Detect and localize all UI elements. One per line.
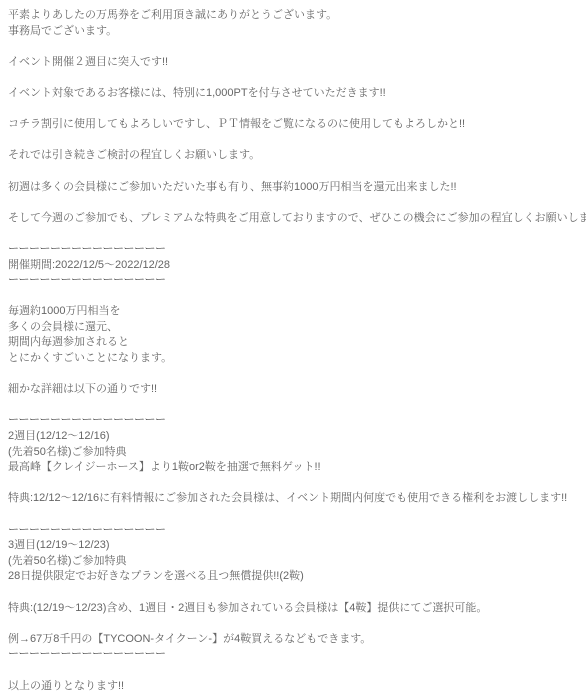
blank-line: [8, 70, 582, 86]
text-line: 以上の通りとなります!!: [8, 679, 582, 695]
divider-line: ーーーーーーーーーーーーーーー: [8, 413, 582, 429]
text-line: イベント対象であるお客様には、特別に1,000PTを付与させていただきます!!: [8, 86, 582, 102]
divider-line: ーーーーーーーーーーーーーーー: [8, 523, 582, 539]
blank-line: [8, 367, 582, 383]
text-line: 毎週約1000万円相当を: [8, 304, 582, 320]
text-line: (先着50名様)ご参加特典: [8, 554, 582, 570]
text-line: そして今週のご参加でも、プレミアムな特典をご用意しておりますので、ぜひこの機会に…: [8, 211, 582, 227]
divider-line: ーーーーーーーーーーーーーーー: [8, 647, 582, 663]
text-line: 3週目(12/19〜12/23): [8, 538, 582, 554]
blank-line: [8, 102, 582, 118]
blank-line: [8, 226, 582, 242]
text-line: コチラ割引に使用してもよろしいですし、ＰＴ情報をご覧になるのに使用してもよろしか…: [8, 117, 582, 133]
blank-line: [8, 476, 582, 492]
blank-line: [8, 507, 582, 523]
text-line: 例→67万8千円の【TYCOON-タイクーン-】が4鞍買えるなどもできます。: [8, 632, 582, 648]
blank-line: [8, 616, 582, 632]
blank-line: [8, 585, 582, 601]
text-line: それでは引き続きご検討の程宜しくお願いします。: [8, 148, 582, 164]
text-line: 細かな詳細は以下の通りです!!: [8, 382, 582, 398]
divider-line: ーーーーーーーーーーーーーーー: [8, 273, 582, 289]
text-line: イベント開催２週目に突入です!!: [8, 55, 582, 71]
text-line: 特典:(12/19〜12/23)含め、1週目・2週目も参加されている会員様は【4…: [8, 601, 582, 617]
blank-line: [8, 195, 582, 211]
text-line: 開催期間:2022/12/5〜2022/12/28: [8, 258, 582, 274]
text-line: 初週は多くの会員様にご参加いただいた事も有り、無事約1000万円相当を還元出来ま…: [8, 180, 582, 196]
text-line: 期間内毎週参加されると: [8, 335, 582, 351]
blank-line: [8, 164, 582, 180]
text-line: (先着50名様)ご参加特典: [8, 445, 582, 461]
text-line: とにかくすごいことになります。: [8, 351, 582, 367]
blank-line: [8, 39, 582, 55]
text-line: 特典:12/12〜12/16に有料情報にご参加された会員様は、イベント期間内何度…: [8, 491, 582, 507]
notice-document: 平素よりあしたの万馬券をご利用頂き誠にありがとうございます。事務局でございます。…: [0, 0, 586, 697]
text-line: 平素よりあしたの万馬券をご利用頂き誠にありがとうございます。: [8, 8, 582, 24]
text-line: 28日提供限定でお好きなプランを選べる且つ無償提供!!(2鞍): [8, 569, 582, 585]
text-line: 最高峰【クレイジーホース】より1鞍or2鞍を抽選で無料ゲット!!: [8, 460, 582, 476]
text-line: 多くの会員様に還元、: [8, 320, 582, 336]
blank-line: [8, 663, 582, 679]
blank-line: [8, 289, 582, 305]
blank-line: [8, 398, 582, 414]
divider-line: ーーーーーーーーーーーーーーー: [8, 242, 582, 258]
text-line: 2週目(12/12〜12/16): [8, 429, 582, 445]
text-line: 事務局でございます。: [8, 24, 582, 40]
blank-line: [8, 133, 582, 149]
